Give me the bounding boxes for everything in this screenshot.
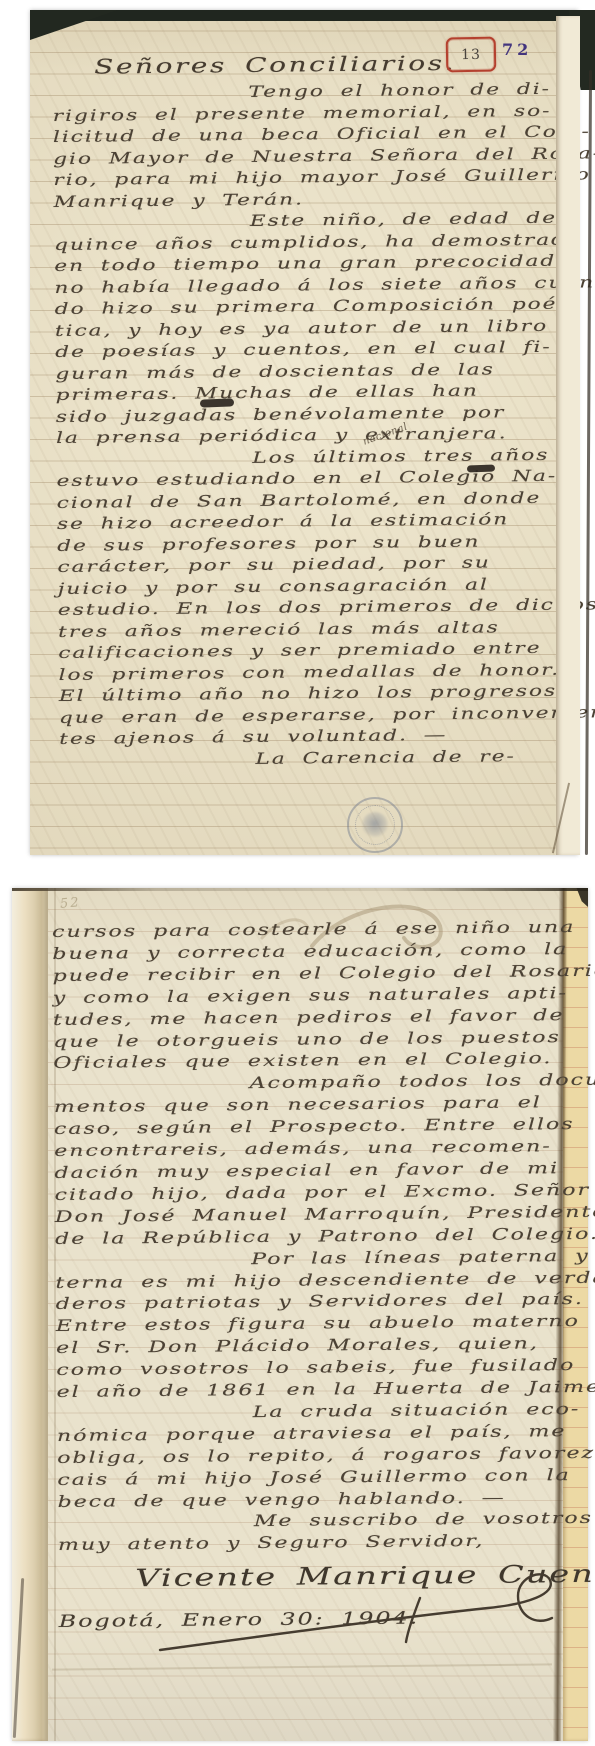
page-number: 72 <box>502 40 532 59</box>
underlying-page-strip <box>556 16 580 855</box>
page1-lines: Tengo el honor de di-rigiros el presente… <box>52 78 595 772</box>
manuscript-scan: Señores Conciliarios. Tengo el honor de … <box>0 0 595 1746</box>
archival-stamp-box: 13 <box>446 37 497 73</box>
page-1: Señores Conciliarios. Tengo el honor de … <box>30 10 578 855</box>
signature-flourish <box>12 1568 588 1688</box>
ink-blot <box>200 398 234 407</box>
manuscript-line: muy atento y Seguro Servidor, <box>58 1529 595 1556</box>
ink-blot <box>467 465 495 473</box>
folio-stamp-number: 13 <box>461 46 481 62</box>
page2-lines: cursos para costearle á ese niño unabuen… <box>52 916 595 1557</box>
page-2: 52 cursos para costearle á ese niño unab… <box>12 888 588 1741</box>
page2-text: cursos para costearle á ese niño unabuen… <box>52 916 595 1638</box>
page1-text: Señores Conciliarios. Tengo el honor de … <box>52 44 595 772</box>
seal-stamp <box>347 797 403 853</box>
